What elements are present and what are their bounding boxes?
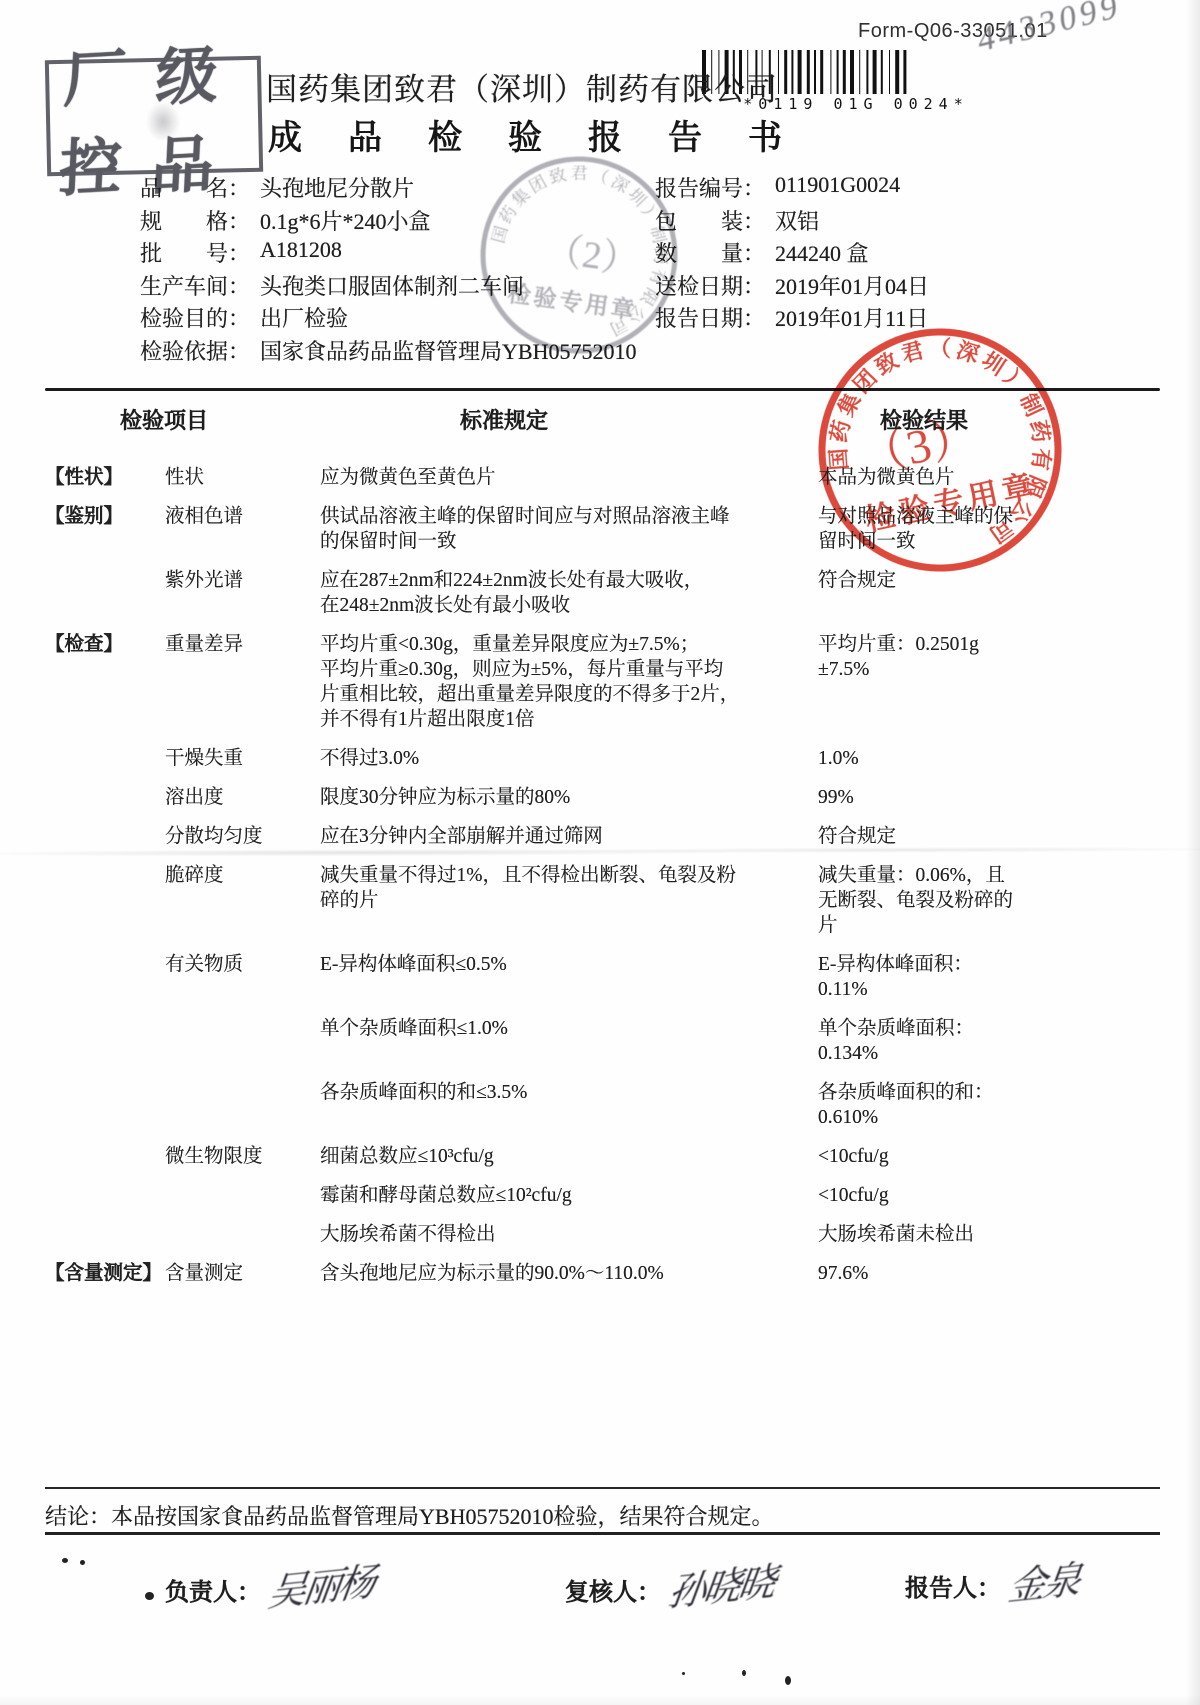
row-item bbox=[165, 1183, 320, 1208]
table-row: 【性状】 性状 应为微黄色至黄色片 本品为微黄色片 bbox=[45, 465, 1163, 490]
conclusion-divider-top bbox=[45, 1487, 1160, 1489]
row-result: 99% bbox=[818, 785, 1163, 810]
field-row: 送检日期： 2019年01月04日 bbox=[655, 270, 929, 303]
ink-speck bbox=[80, 1560, 85, 1565]
field-value: 244240 盒 bbox=[775, 237, 869, 268]
field-value: 头孢地尼分散片 bbox=[260, 172, 414, 203]
signature-label: 负责人： bbox=[165, 1580, 261, 1606]
row-standard: 应为微黄色至黄色片 bbox=[320, 465, 818, 490]
table-row: 大肠埃希菌不得检出 大肠埃希菌未检出 bbox=[45, 1222, 1163, 1247]
row-category: 【性状】 bbox=[45, 465, 165, 490]
row-category bbox=[45, 1222, 165, 1247]
row-category: 【检查】 bbox=[45, 632, 165, 732]
field-row: 包 装： 双铝 bbox=[655, 205, 929, 238]
row-standard: 减失重量不得过1%，且不得检出断裂、龟裂及粉 碎的片 bbox=[320, 863, 818, 938]
signature-label: 报告人： bbox=[905, 1576, 1001, 1602]
row-item: 干燥失重 bbox=[165, 746, 320, 771]
ink-speck bbox=[62, 1558, 68, 1563]
row-result: 1.0% bbox=[818, 746, 1163, 771]
field-label: 数 量： bbox=[655, 237, 765, 268]
row-item: 分散均匀度 bbox=[165, 824, 320, 849]
field-value: 2019年01月11日 bbox=[775, 302, 928, 333]
row-item: 液相色谱 bbox=[165, 504, 320, 554]
table-row: 霉菌和酵母菌总数应≤10²cfu/g <10cfu/g bbox=[45, 1183, 1163, 1208]
field-label: 规 格： bbox=[140, 205, 250, 236]
field-row: 数 量： 244240 盒 bbox=[655, 237, 929, 270]
table-row: 【检查】 重量差异 平均片重<0.30g，重量差异限度应为±7.5%； 平均片重… bbox=[45, 632, 1163, 732]
row-result: 大肠埃希菌未检出 bbox=[818, 1222, 1163, 1247]
field-value: A181208 bbox=[260, 237, 342, 263]
signature-block: 负责人： 吴丽杨 bbox=[165, 1556, 374, 1611]
field-label: 检验目的： bbox=[140, 302, 250, 333]
row-result: 本品为微黄色片 bbox=[818, 465, 1163, 490]
field-row: 批 号： A181208 bbox=[140, 237, 636, 270]
row-category bbox=[45, 952, 165, 1002]
field-row: 生产车间： 头孢类口服固体制剂二车间 bbox=[140, 270, 636, 303]
table-row: 脆碎度 减失重量不得过1%，且不得检出断裂、龟裂及粉 碎的片 减失重量：0.06… bbox=[45, 863, 1163, 938]
row-standard: 各杂质峰面积的和≤3.5% bbox=[320, 1080, 818, 1130]
row-standard: 霉菌和酵母菌总数应≤10²cfu/g bbox=[320, 1183, 818, 1208]
field-value: 头孢类口服固体制剂二车间 bbox=[260, 270, 524, 301]
field-row: 报告编号： 011901G0024 bbox=[655, 172, 929, 205]
report-title: 成 品 检 验 报 告 书 bbox=[268, 110, 788, 159]
row-item: 重量差异 bbox=[165, 632, 320, 732]
field-value: 011901G0024 bbox=[775, 172, 900, 198]
field-value: 出厂检验 bbox=[260, 302, 348, 333]
ink-speck bbox=[682, 1672, 685, 1675]
table-row: 干燥失重 不得过3.0% 1.0% bbox=[45, 746, 1163, 771]
table-row: 溶出度 限度30分钟应为标示量的80% 99% bbox=[45, 785, 1163, 810]
row-category bbox=[45, 785, 165, 810]
field-label: 检验依据： bbox=[140, 335, 250, 366]
signature-row: 负责人： 吴丽杨 复核人： 孙晓晓 报告人： 金泉 bbox=[0, 1548, 1200, 1628]
row-result: 各杂质峰面积的和： 0.610% bbox=[818, 1080, 1163, 1130]
header-divider bbox=[45, 388, 1160, 391]
row-item: 性状 bbox=[165, 465, 320, 490]
factory-grade-stamp: 厂控 级品 bbox=[45, 56, 263, 176]
column-header-standard: 标准规定 bbox=[320, 404, 820, 435]
field-label: 送检日期： bbox=[655, 270, 765, 301]
signature-block: 复核人： 孙晓晓 bbox=[565, 1556, 774, 1611]
row-item: 微生物限度 bbox=[165, 1144, 320, 1169]
table-row: 微生物限度 细菌总数应≤10³cfu/g <10cfu/g bbox=[45, 1144, 1163, 1169]
row-category bbox=[45, 1144, 165, 1169]
row-item: 紫外光谱 bbox=[165, 568, 320, 618]
row-result: 符合规定 bbox=[818, 568, 1163, 618]
column-header-item: 检验项目 bbox=[45, 404, 320, 435]
table-row: 【含量测定】 含量测定 含头孢地尼应为标示量的90.0%～110.0% 97.6… bbox=[45, 1261, 1163, 1286]
field-label: 品 名： bbox=[140, 172, 250, 203]
field-value: 国家食品药品监督管理局YBH05752010 bbox=[260, 335, 636, 366]
row-item bbox=[165, 1016, 320, 1066]
row-item: 有关物质 bbox=[165, 952, 320, 1002]
row-standard: 单个杂质峰面积≤1.0% bbox=[320, 1016, 818, 1066]
ink-speck bbox=[742, 1670, 746, 1676]
row-category: 【鉴别】 bbox=[45, 504, 165, 554]
field-label: 报告编号： bbox=[655, 172, 765, 203]
grade-stamp-smudge bbox=[146, 101, 181, 142]
table-row: 各杂质峰面积的和≤3.5% 各杂质峰面积的和： 0.610% bbox=[45, 1080, 1163, 1130]
row-result: <10cfu/g bbox=[818, 1183, 1163, 1208]
field-row: 检验依据： 国家食品药品监督管理局YBH05752010 bbox=[140, 335, 636, 368]
signature-ink: 吴丽杨 bbox=[265, 1550, 377, 1617]
table-header: 检验项目 标准规定 检验结果 bbox=[45, 404, 1163, 435]
signature-block: 报告人： 金泉 bbox=[905, 1552, 1079, 1607]
column-header-result: 检验结果 bbox=[820, 404, 1163, 435]
signature-ink: 孙晓晓 bbox=[665, 1550, 777, 1617]
table-row: 单个杂质峰面积≤1.0% 单个杂质峰面积： 0.134% bbox=[45, 1016, 1163, 1066]
row-standard: 不得过3.0% bbox=[320, 746, 818, 771]
row-category bbox=[45, 1183, 165, 1208]
row-category bbox=[45, 1080, 165, 1130]
row-result: 97.6% bbox=[818, 1261, 1163, 1286]
row-standard: 细菌总数应≤10³cfu/g bbox=[320, 1144, 818, 1169]
conclusion-divider-bottom bbox=[45, 1532, 1160, 1535]
field-value: 0.1g*6片*240小盒 bbox=[260, 205, 431, 236]
ink-speck bbox=[145, 1592, 154, 1600]
row-standard: 供试品溶液主峰的保留时间应与对照品溶液主峰 的保留时间一致 bbox=[320, 504, 818, 554]
field-label: 包 装： bbox=[655, 205, 765, 236]
fields-left-column: 品 名： 头孢地尼分散片 规 格： 0.1g*6片*240小盒 批 号： A18… bbox=[140, 172, 636, 367]
field-label: 生产车间： bbox=[140, 270, 250, 301]
table-row: 【鉴别】 液相色谱 供试品溶液主峰的保留时间应与对照品溶液主峰 的保留时间一致 … bbox=[45, 504, 1163, 554]
table-row: 紫外光谱 应在287±2nm和224±2nm波长处有最大吸收， 在248±2nm… bbox=[45, 568, 1163, 618]
signature-ink: 金泉 bbox=[1005, 1548, 1083, 1611]
row-result: E-异构体峰面积： 0.11% bbox=[818, 952, 1163, 1002]
row-result: 减失重量：0.06%，且 无断裂、龟裂及粉碎的 片 bbox=[818, 863, 1163, 938]
row-result: 与对照品溶液主峰的保 留时间一致 bbox=[818, 504, 1163, 554]
row-category bbox=[45, 746, 165, 771]
row-item bbox=[165, 1222, 320, 1247]
signature-label: 复核人： bbox=[565, 1580, 661, 1606]
table-row: 有关物质 E-异构体峰面积≤0.5% E-异构体峰面积： 0.11% bbox=[45, 952, 1163, 1002]
field-value: 双铝 bbox=[775, 205, 819, 236]
row-item: 含量测定 bbox=[165, 1261, 320, 1286]
field-row: 规 格： 0.1g*6片*240小盒 bbox=[140, 205, 636, 238]
row-category bbox=[45, 568, 165, 618]
row-standard: 含头孢地尼应为标示量的90.0%～110.0% bbox=[320, 1261, 818, 1286]
inspection-report-page: Form-Q06-33051.01 4433099 *0119 01G 0024… bbox=[0, 0, 1200, 1705]
row-category bbox=[45, 824, 165, 849]
row-standard: 大肠埃希菌不得检出 bbox=[320, 1222, 818, 1247]
row-result: 平均片重：0.2501g ±7.5% bbox=[818, 632, 1163, 732]
row-category: 【含量测定】 bbox=[45, 1261, 165, 1286]
row-result: <10cfu/g bbox=[818, 1144, 1163, 1169]
field-row: 报告日期： 2019年01月11日 bbox=[655, 302, 929, 335]
row-result: 单个杂质峰面积： 0.134% bbox=[818, 1016, 1163, 1066]
ink-speck bbox=[785, 1676, 791, 1685]
fields-right-column: 报告编号： 011901G0024 包 装： 双铝 数 量： 244240 盒 … bbox=[655, 172, 929, 335]
conclusion-text: 结论：本品按国家食品药品监督管理局YBH05752010检验，结果符合规定。 bbox=[45, 1500, 773, 1531]
row-standard: 平均片重<0.30g，重量差异限度应为±7.5%； 平均片重≥0.30g，则应为… bbox=[320, 632, 818, 732]
row-category bbox=[45, 1016, 165, 1066]
field-value: 2019年01月04日 bbox=[775, 270, 929, 301]
row-item bbox=[165, 1080, 320, 1130]
field-row: 检验目的： 出厂检验 bbox=[140, 302, 636, 335]
table-rows: 【性状】 性状 应为微黄色至黄色片 本品为微黄色片 【鉴别】 液相色谱 供试品溶… bbox=[45, 465, 1163, 1286]
row-category bbox=[45, 863, 165, 938]
row-standard: E-异构体峰面积≤0.5% bbox=[320, 952, 818, 1002]
field-label: 批 号： bbox=[140, 237, 250, 268]
row-item: 脆碎度 bbox=[165, 863, 320, 938]
row-item: 溶出度 bbox=[165, 785, 320, 810]
row-standard: 应在287±2nm和224±2nm波长处有最大吸收， 在248±2nm波长处有最… bbox=[320, 568, 818, 618]
field-row: 品 名： 头孢地尼分散片 bbox=[140, 172, 636, 205]
company-name: 国药集团致君（深圳）制药有限公司 bbox=[266, 64, 778, 109]
field-label: 报告日期： bbox=[655, 302, 765, 333]
row-standard: 限度30分钟应为标示量的80% bbox=[320, 785, 818, 810]
